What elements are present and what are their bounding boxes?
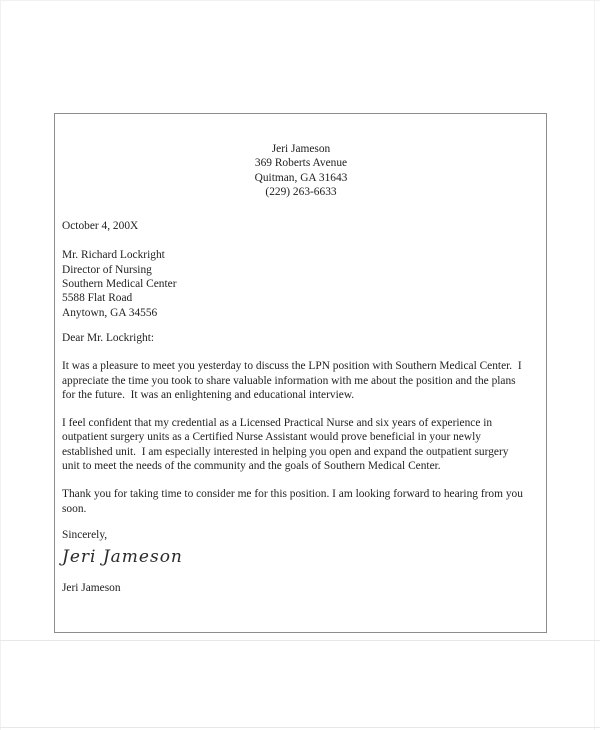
body-paragraph-3: Thank you for taking time to consider me… [62, 487, 544, 516]
body-paragraph-1: It was a pleasure to meet you yesterday … [62, 359, 544, 402]
date-line: October 4, 200X [62, 219, 540, 233]
sender-name: Jeri Jameson [62, 142, 540, 156]
signature-typed-name: Jeri Jameson [62, 581, 540, 595]
recipient-city-state-zip: Anytown, GA 34556 [62, 306, 540, 320]
canvas-left-edge [0, 0, 1, 730]
canvas-right-edge [594, 0, 595, 730]
sender-city-state-zip: Quitman, GA 31643 [62, 171, 540, 185]
sender-street: 369 Roberts Avenue [62, 156, 540, 170]
recipient-address-block: Mr. Richard Lockright Director of Nursin… [62, 248, 540, 319]
sender-address-block: Jeri Jameson 369 Roberts Avenue Quitman,… [62, 142, 540, 199]
sender-phone: (229) 263-6633 [62, 185, 540, 199]
recipient-title: Director of Nursing [62, 263, 540, 277]
body-paragraph-2: I feel confident that my credential as a… [62, 416, 544, 473]
bottom-divider [0, 727, 600, 728]
recipient-name: Mr. Richard Lockright [62, 248, 540, 262]
content-divider [0, 640, 600, 641]
salutation: Dear Mr. Lockright: [62, 331, 540, 345]
page-background: Jeri Jameson 369 Roberts Avenue Quitman,… [0, 0, 600, 730]
signature-script: Jeri Jameson [62, 547, 540, 568]
closing: Sincerely, [62, 528, 540, 542]
letter-page: Jeri Jameson 369 Roberts Avenue Quitman,… [54, 113, 547, 633]
canvas-top-edge [0, 0, 600, 1]
recipient-company: Southern Medical Center [62, 277, 540, 291]
recipient-street: 5588 Flat Road [62, 291, 540, 305]
